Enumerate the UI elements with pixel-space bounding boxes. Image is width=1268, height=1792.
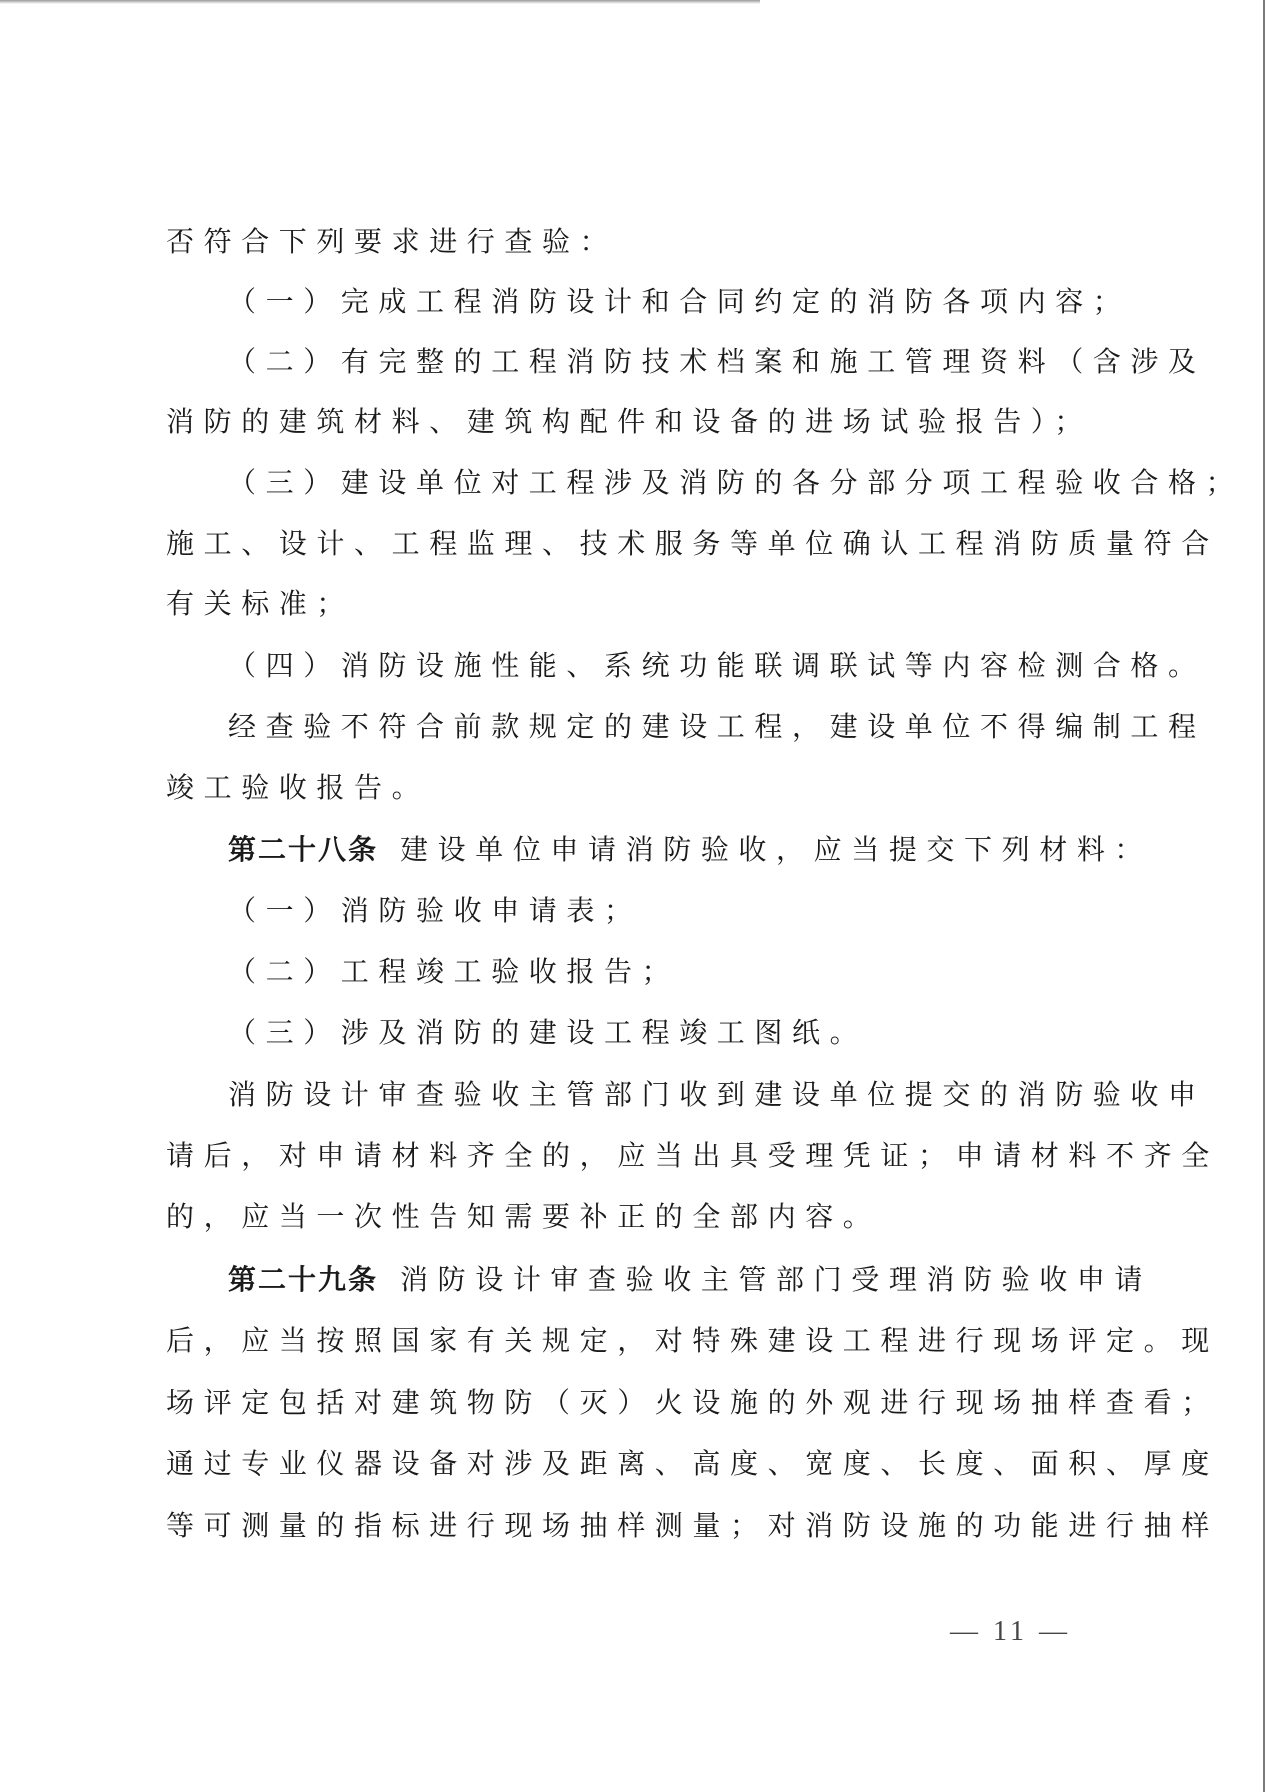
text-line: 场评定包括对建筑物防（灭）火设施的外观进行现场抽样查看；: [166, 1383, 1219, 1423]
text-line: 请后，对申请材料齐全的，应当出具受理凭证；申请材料不齐全: [166, 1136, 1219, 1176]
list-item: （二）工程竣工验收报告；: [228, 952, 679, 992]
scan-top-edge: [0, 0, 760, 4]
article-28: 第二十八条建设单位申请消防验收，应当提交下列材料：: [228, 830, 1152, 870]
article-heading: 第二十八条: [228, 833, 378, 866]
article-text: 消防设计审查验收主管部门受理消防验收申请: [400, 1263, 1152, 1296]
text-line: 后，应当按照国家有关规定，对特殊建设工程进行现场评定。现: [166, 1321, 1219, 1361]
article-heading: 第二十九条: [228, 1263, 378, 1296]
text-line: 的，应当一次性告知需要补正的全部内容。: [166, 1197, 880, 1237]
article-29: 第二十九条消防设计审查验收主管部门受理消防验收申请: [228, 1260, 1152, 1300]
text-line: 竣工验收报告。: [166, 768, 429, 808]
list-item: （一）消防验收申请表；: [228, 891, 642, 931]
text-line: 有关标准；: [166, 584, 354, 624]
paragraph-line: 消防设计审查验收主管部门收到建设单位提交的消防验收申: [228, 1075, 1206, 1115]
list-item: （三）涉及消防的建设工程竣工图纸。: [228, 1013, 867, 1053]
list-item: （二）有完整的工程消防技术档案和施工管理资料（含涉及: [228, 342, 1206, 382]
paragraph-line: 经查验不符合前款规定的建设工程，建设单位不得编制工程: [228, 707, 1206, 747]
article-text: 建设单位申请消防验收，应当提交下列材料：: [400, 833, 1152, 866]
text-line: 消防的建筑材料、建筑构配件和设备的进场试验报告）；: [166, 402, 1092, 442]
text-line: 通过专业仪器设备对涉及距离、高度、宽度、长度、面积、厚度: [166, 1444, 1219, 1484]
list-item: （三）建设单位对工程涉及消防的各分部分项工程验收合格；: [228, 463, 1243, 503]
scan-right-edge: [1263, 0, 1265, 1792]
page-number: — 11 —: [950, 1616, 1071, 1648]
text-line: 等可测量的指标进行现场抽样测量；对消防设施的功能进行抽样: [166, 1506, 1219, 1546]
text-line: 施工、设计、工程监理、技术服务等单位确认工程消防质量符合: [166, 524, 1219, 564]
text-line: 否符合下列要求进行查验：: [166, 222, 617, 262]
list-item: （一）完成工程消防设计和合同约定的消防各项内容；: [228, 282, 1130, 322]
list-item: （四）消防设施性能、系统功能联调联试等内容检测合格。: [228, 646, 1206, 686]
